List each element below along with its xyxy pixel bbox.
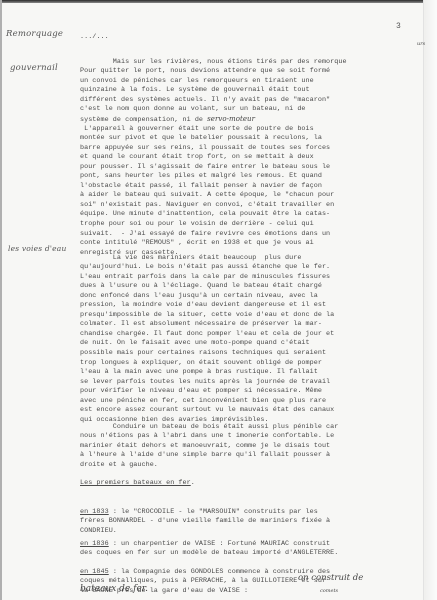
text-line: un convoi de péniches car les remorqueur…	[80, 77, 430, 87]
handwritten-small-note: comets	[320, 588, 338, 594]
entry-date: en 1845	[80, 568, 109, 576]
text-line: droite et à gauche.	[80, 461, 430, 471]
text-line: donc enfoncé dans l'eau jusqu'à un certa…	[80, 292, 430, 302]
text-line: pour pousser. Il s'agissait de faire ent…	[80, 163, 430, 173]
text-line: différent des systèmes actuels. Il n'y a…	[80, 96, 430, 106]
text-line: Mais sur les rivières, nous étions tirés…	[80, 58, 430, 68]
text-line: presqu'impossible de la situer, cette vo…	[80, 311, 430, 321]
text-line: à aider le bateau qui suivait. A cette é…	[80, 191, 430, 201]
section-heading: Les premiers bateaux en fer.	[80, 479, 430, 489]
text-line: pression, la moindre voie d'eau devient …	[80, 301, 430, 311]
text-line: Conduire un bateau de bois était aussi p…	[80, 423, 430, 433]
handwritten-continuation: on construit de	[298, 573, 363, 583]
text-line: marinier était dehors et manoeuvrait, co…	[80, 442, 430, 452]
text-line: colmater. Il est absolument nécessaire d…	[80, 320, 430, 330]
margin-note-voies-deau: les voies d'eau	[8, 244, 67, 253]
paragraph-3: La vie des mariniers était beaucoup plus…	[80, 244, 430, 435]
text-line: pont, sans heurter les piles et malgré l…	[80, 172, 430, 182]
text-line: trop longues à expliquer, on était souve…	[80, 359, 430, 369]
scan-edge-left	[0, 0, 2, 600]
margin-note-remorquage: Remorquage	[6, 29, 63, 39]
text-line: La vie des mariniers était beaucoup plus…	[80, 254, 430, 264]
text-line: trophe pour soi ou pour le voisin de der…	[80, 220, 430, 230]
text-line: nous n'étions pas à l'abri dans une t im…	[80, 432, 430, 442]
text-line: et quand le courant était trop fort, on …	[80, 153, 430, 163]
entry-date: en 1836	[80, 540, 109, 548]
handwritten-superscript: urs	[417, 41, 425, 47]
text-line: chandise chargée. Il faut donc pomper l'…	[80, 330, 430, 340]
page-number: 3	[396, 22, 401, 31]
text-line: se lever parfois toutes les nuits après …	[80, 378, 430, 388]
text-line: suivait. - J'ai essayé de faire revivre …	[80, 230, 430, 240]
text-line: quinzaine à la fois. Le système de gouve…	[80, 86, 430, 96]
text-line: avec une péniche en fer, cet inconvénien…	[80, 397, 430, 407]
handwritten-continuation-below: bateaux de fer.	[80, 584, 148, 594]
text-line: en 1833 : le "CROCODILE - le "MARSOUIN" …	[80, 508, 430, 518]
text-line: frères BONNARDEL - d'une vieille famille…	[80, 517, 430, 527]
section-heading-suffix: .	[191, 479, 195, 487]
text-line: Pour quitter le port, nous devions atten…	[80, 67, 430, 77]
text-line: de nuit. On le faisait avec une moto-pom…	[80, 339, 430, 349]
section-heading-text: Les premiers bateaux en fer	[80, 479, 191, 487]
text-line: L'eau entrait parfois dans la cale par d…	[80, 273, 430, 283]
text-line: qu'aujourd'hui. Le bois n'était pas auss…	[80, 263, 430, 273]
text-line: barre appuyée sur ses reins, il poussait…	[80, 144, 430, 154]
text-line: c'est le nom quon donne au volant, sur u…	[80, 105, 430, 115]
text-line: soi" n'existait pas. Naviguer en convoi,…	[80, 201, 430, 211]
continuation-marker: .../...	[80, 33, 430, 43]
text-line: pour vérifier le niveau d'eau et pomper …	[80, 387, 430, 397]
text-line: en 1845 : la Compagnie des GONDOLES comm…	[80, 568, 430, 578]
text-line: en 1836 : un charpentier de VAISE : Fort…	[80, 540, 430, 550]
scan-edge-top	[0, 0, 437, 3]
text-line: l'eau à la main avec une pompe à bras ru…	[80, 368, 430, 378]
text-line: l'obstacle était passé, il fallait pense…	[80, 182, 430, 192]
margin-note-gouvernail: gouvernail	[10, 63, 58, 73]
text-fragment: : un charpentier de VAISE : Fortuné MAUR…	[109, 540, 330, 548]
text-fragment: : la Compagnie des GONDOLES commence à c…	[109, 568, 330, 576]
text-line: L'appareil à gouverner était une sorte d…	[80, 125, 430, 135]
paragraph-4: Conduire un bateau de bois était aussi p…	[80, 413, 430, 480]
text-line: équipe. Une minute d'inattention, cela p…	[80, 210, 430, 220]
text-line: à l'heure à l'aide d'une simple barre qu…	[80, 451, 430, 461]
text-line: dues à l'usure ou à l'écliage. Quand le …	[80, 282, 430, 292]
text-line: possible mais pour certaines raisons tec…	[80, 349, 430, 359]
text-fragment: : le "CROCODILE - le "MARSOUIN" construi…	[109, 508, 318, 516]
entry-date: en 1833	[80, 508, 109, 516]
text-line: montée sur pivot et que le batelier pous…	[80, 134, 430, 144]
